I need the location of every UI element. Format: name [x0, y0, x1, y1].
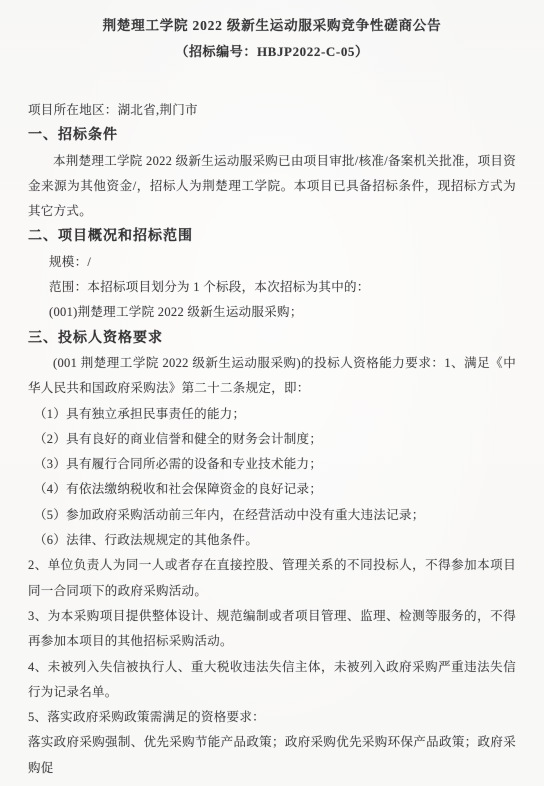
qualification-clause-5: 5、落实政府采购政策需满足的资格要求： [28, 705, 516, 730]
qualification-clause-4: 4、未被列入失信被执行人、重大税收违法失信主体，未被列入政府采购严重违法失信行为… [28, 655, 516, 706]
qualification-clause-2: 2、单位负责人为同一人或者存在直接控股、管理关系的不同投标人，不得参加本项目同一… [28, 553, 516, 604]
scanned-document-page: 荆楚理工学院 2022 级新生运动服采购竞争性磋商公告 （招标编号：HBJP20… [0, 0, 544, 786]
document-body: 项目所在地区：湖北省,荆门市 一、招标条件 本荆楚理工学院 2022 级新生运动… [28, 98, 516, 781]
qualification-item-3: （3）具有履行合同所必需的设备和专业技术能力； [28, 452, 516, 477]
tender-conditions-paragraph: 本荆楚理工学院 2022 级新生运动服采购已由项目审批/核准/备案机关批准，项目… [28, 149, 516, 225]
document-title: 荆楚理工学院 2022 级新生运动服采购竞争性磋商公告 [28, 16, 516, 36]
qualification-item-1: （1）具有独立承担民事责任的能力； [28, 402, 516, 427]
project-scale-line: 规模：/ [28, 250, 516, 275]
qualification-intro-paragraph: (001 荆楚理工学院 2022 级新生运动服采购)的投标人资格能力要求：1、满… [28, 351, 516, 402]
qualification-item-5: （5）参加政府采购活动前三年内，在经营活动中没有重大违法记录； [28, 503, 516, 528]
project-location-line: 项目所在地区：湖北省,荆门市 [28, 98, 516, 123]
tender-number-line: （招标编号：HBJP2022-C-05） [28, 42, 516, 62]
qualification-item-4: （4）有依法缴纳税收和社会保障资金的良好记录； [28, 477, 516, 502]
qualification-clause-3: 3、为本采购项目提供整体设计、规范编制或者项目管理、监理、检测等服务的，不得再参… [28, 604, 516, 655]
policy-requirements-line: 落实政府采购强制、优先采购节能产品政策；政府采购优先采购环保产品政策；政府采购促 [28, 730, 516, 781]
qualification-item-2: （2）具有良好的商业信誉和健全的财务会计制度； [28, 427, 516, 452]
section-1-heading: 一、招标条件 [28, 123, 516, 148]
project-scope-line: 范围：本招标项目划分为 1 个标段，本次招标为其中的： [28, 275, 516, 300]
lot-description-line: (001)荆楚理工学院 2022 级新生运动服采购； [28, 300, 516, 325]
section-3-heading: 三、投标人资格要求 [28, 326, 516, 351]
qualification-item-6: （6）法律、行政法规规定的其他条件。 [28, 528, 516, 553]
section-2-heading: 二、项目概况和招标范围 [28, 224, 516, 249]
